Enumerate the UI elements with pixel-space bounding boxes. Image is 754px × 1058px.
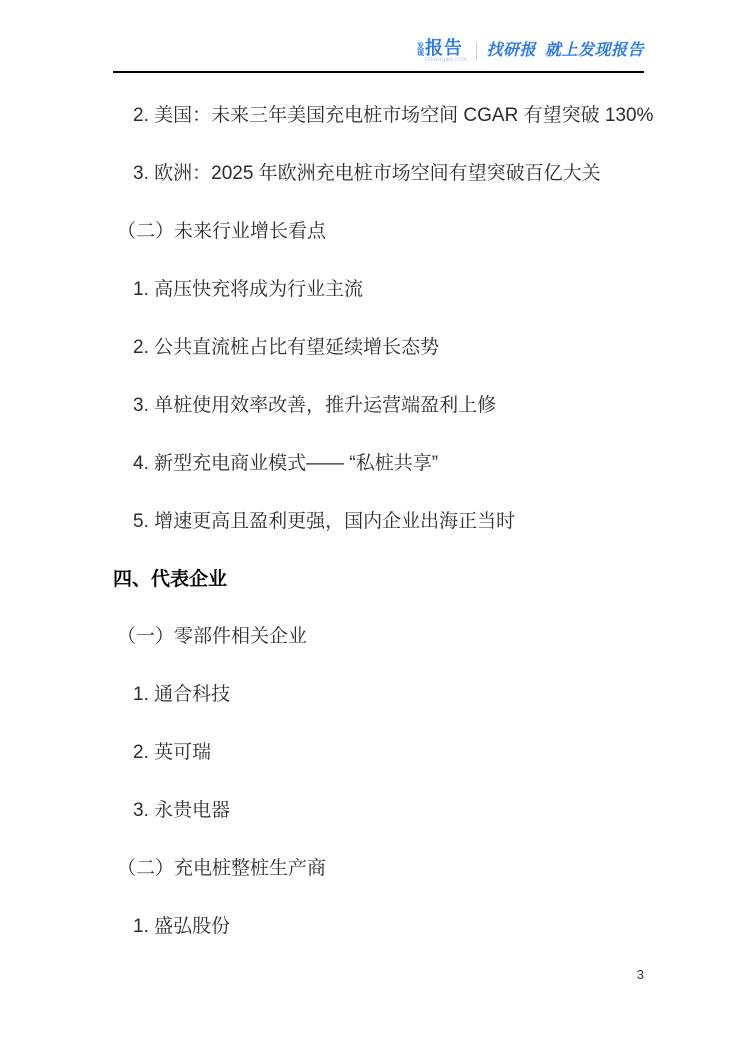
toc-item: 四、代表企业 <box>0 548 754 606</box>
toc-item: 5. 增速更高且盈利更强，国内企业出海正当时 <box>0 490 754 548</box>
document-page: 发 现 报告 fxbaogao.com 找研报 就上发现报告 2. 美国：未来三… <box>0 0 754 1058</box>
toc-item: 3. 单桩使用效率改善，推升运营端盈利上修 <box>0 374 754 432</box>
toc-item: 3. 欧洲：2025 年欧洲充电桩市场空间有望突破百亿大关 <box>0 143 754 201</box>
logo-stack-bottom: 现 <box>417 50 424 57</box>
logo-divider <box>476 42 477 60</box>
toc-item-text: 2. 英可瑞 <box>133 737 211 764</box>
toc-item-text: 5. 增速更高且盈利更强，国内企业出海正当时 <box>133 506 515 533</box>
logo-mark: 发 现 报告 fxbaogao.com <box>417 39 468 64</box>
toc-item-text: （二）未来行业增长看点 <box>117 216 326 243</box>
tagline-right: 就上发现报告 <box>545 42 644 59</box>
toc-item-text: 1. 盛弘股份 <box>133 911 230 938</box>
page-footer: 3 <box>544 966 644 984</box>
toc-item: 1. 高压快充将成为行业主流 <box>0 259 754 317</box>
toc-item-text: 3. 单桩使用效率改善，推升运营端盈利上修 <box>133 390 496 417</box>
toc-item-text: 2. 美国：未来三年美国充电桩市场空间 CGAR 有望突破 130% <box>133 100 653 127</box>
toc-item-text: 3. 欧洲：2025 年欧洲充电桩市场空间有望突破百亿大关 <box>133 158 601 185</box>
toc-item-text: 四、代表企业 <box>113 564 227 591</box>
logo-stacked-text: 发 现 <box>417 39 424 57</box>
tagline-left: 找研报 <box>486 42 536 59</box>
toc-item: 4. 新型充电商业模式—— “私桩共享” <box>0 432 754 490</box>
toc-item-text: 1. 高压快充将成为行业主流 <box>133 274 363 301</box>
toc-item: （二）未来行业增长看点 <box>0 201 754 259</box>
toc-item: 2. 美国：未来三年美国充电桩市场空间 CGAR 有望突破 130% <box>0 85 754 143</box>
toc-item: （二）充电桩整桩生产商 <box>0 838 754 896</box>
toc-item-text: 1. 通合科技 <box>133 679 230 706</box>
page-number: 3 <box>637 967 644 982</box>
toc-list: 2. 美国：未来三年美国充电桩市场空间 CGAR 有望突破 130%3. 欧洲：… <box>0 85 754 953</box>
toc-item: 1. 通合科技 <box>0 664 754 722</box>
logo-domain-text: fxbaogao.com <box>425 57 468 64</box>
toc-item: 2. 公共直流桩占比有望延续增长态势 <box>0 317 754 375</box>
toc-item: （一）零部件相关企业 <box>0 606 754 664</box>
toc-item-text: 2. 公共直流桩占比有望延续增长态势 <box>133 332 439 359</box>
fxbaogao-logo: 发 现 报告 fxbaogao.com 找研报 就上发现报告 <box>417 39 644 64</box>
toc-item: 1. 盛弘股份 <box>0 895 754 953</box>
toc-item-text: 3. 永贵电器 <box>133 795 230 822</box>
toc-item: 2. 英可瑞 <box>0 722 754 780</box>
logo-tagline: 找研报 就上发现报告 <box>486 39 644 59</box>
header-rule <box>113 71 644 73</box>
toc-item-text: （二）充电桩整桩生产商 <box>117 853 326 880</box>
toc-item: 3. 永贵电器 <box>0 780 754 838</box>
logo-stack-top: 发 <box>417 43 424 50</box>
logo-wordmark: 报告 <box>425 39 468 57</box>
toc-item-text: （一）零部件相关企业 <box>117 621 307 648</box>
toc-item-text: 4. 新型充电商业模式—— “私桩共享” <box>133 448 438 475</box>
